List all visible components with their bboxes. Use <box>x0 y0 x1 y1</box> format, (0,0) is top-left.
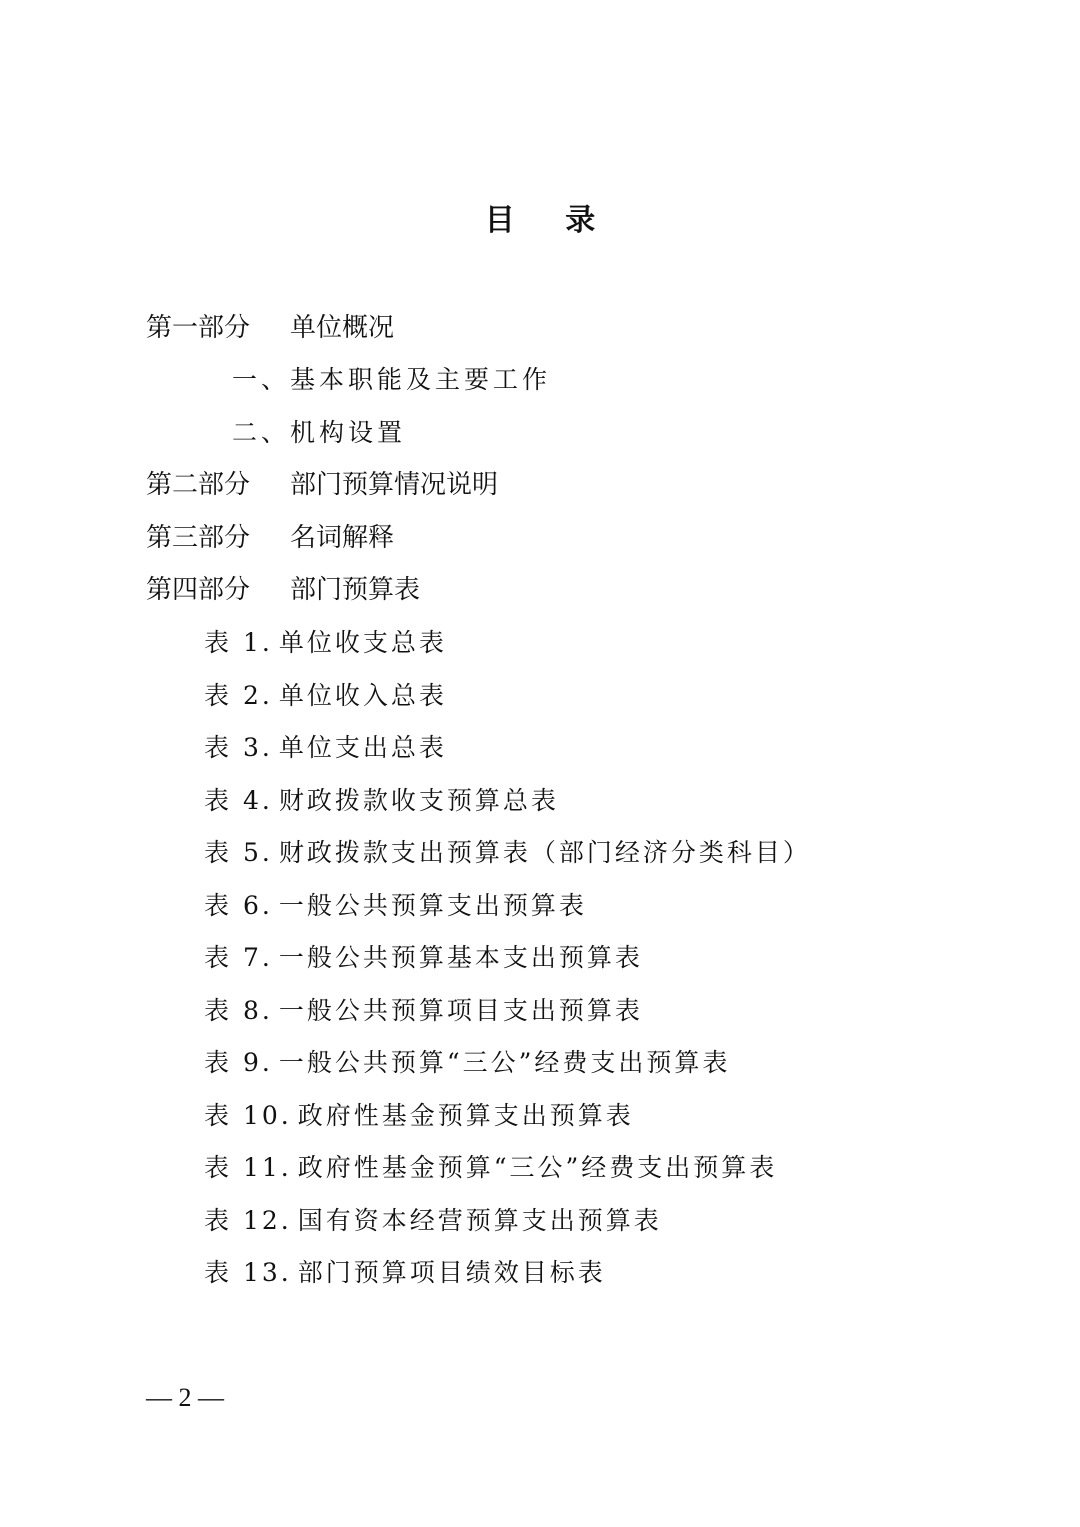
table-label: 表 7. <box>204 943 273 972</box>
part-name: 部门预算情况说明 <box>290 470 498 500</box>
table-label: 表 3. <box>204 733 273 762</box>
table-name: 一般公共预算支出预算表 <box>279 891 587 920</box>
table-name: 一般公共预算基本支出预算表 <box>279 943 643 972</box>
toc-part-4: 第四部分部门预算表 <box>146 570 420 610</box>
table-label: 表 9. <box>204 1048 273 1077</box>
toc-table-item: 表 8.一般公共预算项目支出预算表 <box>204 991 643 1031</box>
table-label: 表 11. <box>204 1153 292 1182</box>
part-label: 第四部分 <box>146 570 290 610</box>
toc-table-item: 表 4.财政拨款收支预算总表 <box>204 781 559 821</box>
table-name: 部门预算项目绩效目标表 <box>298 1258 606 1287</box>
toc-table-item: 表 6.一般公共预算支出预算表 <box>204 886 587 926</box>
table-name: 财政拨款支出预算表（部门经济分类科目） <box>279 838 811 867</box>
table-label: 表 12. <box>204 1206 292 1235</box>
table-name: 一般公共预算“三公”经费支出预算表 <box>279 1048 731 1077</box>
toc-table-item: 表 2.单位收入总表 <box>204 676 447 716</box>
part-label: 第二部分 <box>146 465 290 505</box>
table-name: 一般公共预算项目支出预算表 <box>279 996 643 1025</box>
toc-table-item: 表 5.财政拨款支出预算表（部门经济分类科目） <box>204 833 811 873</box>
toc-table-item: 表 13.部门预算项目绩效目标表 <box>204 1253 606 1293</box>
toc-part-3: 第三部分名词解释 <box>146 518 394 558</box>
part-label: 第一部分 <box>146 308 290 348</box>
table-label: 表 10. <box>204 1101 292 1130</box>
table-label: 表 6. <box>204 891 273 920</box>
table-name: 单位收入总表 <box>279 681 447 710</box>
table-name: 政府性基金预算支出预算表 <box>298 1101 634 1130</box>
part-label: 第三部分 <box>146 518 290 558</box>
part-name: 单位概况 <box>290 313 394 343</box>
toc-table-item: 表 12.国有资本经营预算支出预算表 <box>204 1201 662 1241</box>
table-label: 表 4. <box>204 786 273 815</box>
toc-subitem: 二、机构设置 <box>232 413 406 453</box>
table-label: 表 2. <box>204 681 273 710</box>
toc-table-item: 表 7.一般公共预算基本支出预算表 <box>204 938 643 978</box>
toc-part-1: 第一部分单位概况 <box>146 308 394 348</box>
table-label: 表 13. <box>204 1258 292 1287</box>
part-name: 名词解释 <box>290 523 394 553</box>
toc-part-2: 第二部分部门预算情况说明 <box>146 465 498 505</box>
toc-table-item: 表 10.政府性基金预算支出预算表 <box>204 1096 634 1136</box>
toc-table-item: 表 3.单位支出总表 <box>204 728 447 768</box>
table-label: 表 8. <box>204 996 273 1025</box>
table-name: 单位收支总表 <box>279 628 447 657</box>
toc-table-item: 表 9.一般公共预算“三公”经费支出预算表 <box>204 1043 730 1083</box>
table-label: 表 5. <box>204 838 273 867</box>
part-name: 部门预算表 <box>290 575 420 605</box>
page-number: — 2 — <box>146 1378 224 1418</box>
table-name: 单位支出总表 <box>279 733 447 762</box>
table-name: 国有资本经营预算支出预算表 <box>298 1206 662 1235</box>
table-label: 表 1. <box>204 628 273 657</box>
table-name: 政府性基金预算“三公”经费支出预算表 <box>298 1153 778 1182</box>
toc-subitem: 一、基本职能及主要工作 <box>232 360 551 400</box>
page-title: 目 录 <box>0 196 1080 246</box>
toc-table-item: 表 1.单位收支总表 <box>204 623 447 663</box>
toc-table-item: 表 11.政府性基金预算“三公”经费支出预算表 <box>204 1148 777 1188</box>
table-name: 财政拨款收支预算总表 <box>279 786 559 815</box>
